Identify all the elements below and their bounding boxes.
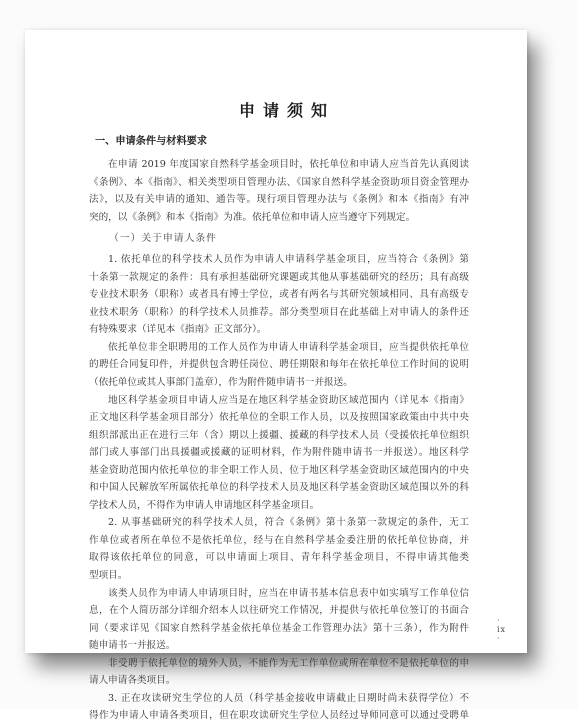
text-line: 同（要求详见《国家自然科学基金依托单位基金工作管理办法》第十三条），作为附件 (89, 620, 469, 638)
text-line: （依托单位或其人事部门盖章），作为附件随申请书一并报送。 (89, 374, 469, 392)
text-line: 的聘任合同复印件，并提供包含聘任岗位、聘任期限和每年在依托单位工作时间的说明 (89, 356, 469, 374)
text-line: 《条例》、本《指南》、相关类型项目管理办法、《国家自然科学基金资助项目资金管理办 (89, 174, 469, 192)
text-line: 非受聘于依托单位的境外人员，不能作为无工作单位或所在单位不是依托单位的申 (89, 655, 469, 673)
text-line: 在申请 2019 年度国家自然科学基金项目时，依托单位和申请人应当首先认真阅读 (89, 156, 469, 174)
text-line: 突的，以《条例》和本《指南》为准。依托单位和申请人应当遵守下列规定。 (89, 209, 469, 227)
text-line: 型项目。 (89, 567, 469, 585)
body-text: 在申请 2019 年度国家自然科学基金项目时，依托单位和申请人应当首先认真阅读 … (89, 156, 469, 709)
text-line: 地区科学基金项目申请人应当是在地区科学基金资助区域范围内（详见本《指南》 (89, 392, 469, 410)
text-line: 随申请书一并报送。 (89, 637, 469, 655)
text-line: 十条第一款规定的条件：具有承担基础研究课题或其他从事基础研究的经历；具有高级 (89, 269, 469, 287)
text-line: 2. 从事基础研究的科学技术人员，符合《条例》第十条第一款规定的条件，无工 (89, 514, 469, 532)
text-line: 3. 正在攻读研究生学位的人员（科学基金接收申请截止日期时尚未获得学位）不 (89, 690, 469, 708)
document-page: 申请须知 一、申请条件与材料要求 在申请 2019 年度国家自然科学基金项目时，… (25, 30, 527, 653)
text-line: 该类人员作为申请人申请项目时，应当在申请书基本信息表中如实填写工作单位信 (89, 585, 469, 603)
text-line: 请人申请各类项目。 (89, 672, 469, 690)
section-heading: 一、申请条件与材料要求 (95, 132, 207, 147)
text-line: 和中国人民解放军所属依托单位的科学技术人员及地区科学基金资助区域范围以外的科 (89, 479, 469, 497)
text-line: 取得该依托单位的同意，可以申请面上项目、青年科学基金项目，不得申请其他类 (89, 549, 469, 567)
text-line: 正文地区科学基金项目部分）依托单位的全职工作人员，以及按照国家政策由中共中央 (89, 409, 469, 427)
page-number: · ix · (497, 616, 506, 643)
text-line: 1. 依托单位的科学技术人员作为申请人申请科学基金项目，应当符合《条例》第 (89, 251, 469, 269)
text-line: 学技术人员，不得作为申请人申请地区科学基金项目。 (89, 497, 469, 515)
text-line: 息，在个人简历部分详细介绍本人以往研究工作情况，并提供与依托单位签订的书面合 (89, 602, 469, 620)
text-line: 业技术职务（职称）的科学技术人员推荐。部分类型项目在此基础上对申请人的条件还 (89, 304, 469, 322)
text-line: 有特殊要求（详见本《指南》正文部分）。 (89, 321, 469, 339)
text-line: 依托单位非全职聘用的工作人员作为申请人申请科学基金项目，应当提供依托单位 (89, 339, 469, 357)
text-line: 组织部派出正在进行三年（含）期以上援疆、援藏的科学技术人员（受援依托单位组织 (89, 427, 469, 445)
page-title: 申请须知 (89, 98, 477, 121)
subsection-heading: （一）关于申请人条件 (89, 226, 469, 251)
text-line: 部门或人事部门出具援疆或援藏的证明材料，作为附件随申请书一并报送）。地区科学 (89, 444, 469, 462)
text-line: 作单位或者所在单位不是依托单位，经与在自然科学基金委注册的依托单位协商，并 (89, 532, 469, 550)
text-line: 基金资助范围内依托单位的非全职工作人员、位于地区科学基金资助区域范围内的中央 (89, 462, 469, 480)
text-line: 专业技术职务（职称）或者具有博士学位，或者有两名与其研究领域相同、具有高级专 (89, 286, 469, 304)
text-line: 法》，以及有关申请的通知、通告等。现行项目管理办法与《条例》和本《指南》有冲 (89, 191, 469, 209)
